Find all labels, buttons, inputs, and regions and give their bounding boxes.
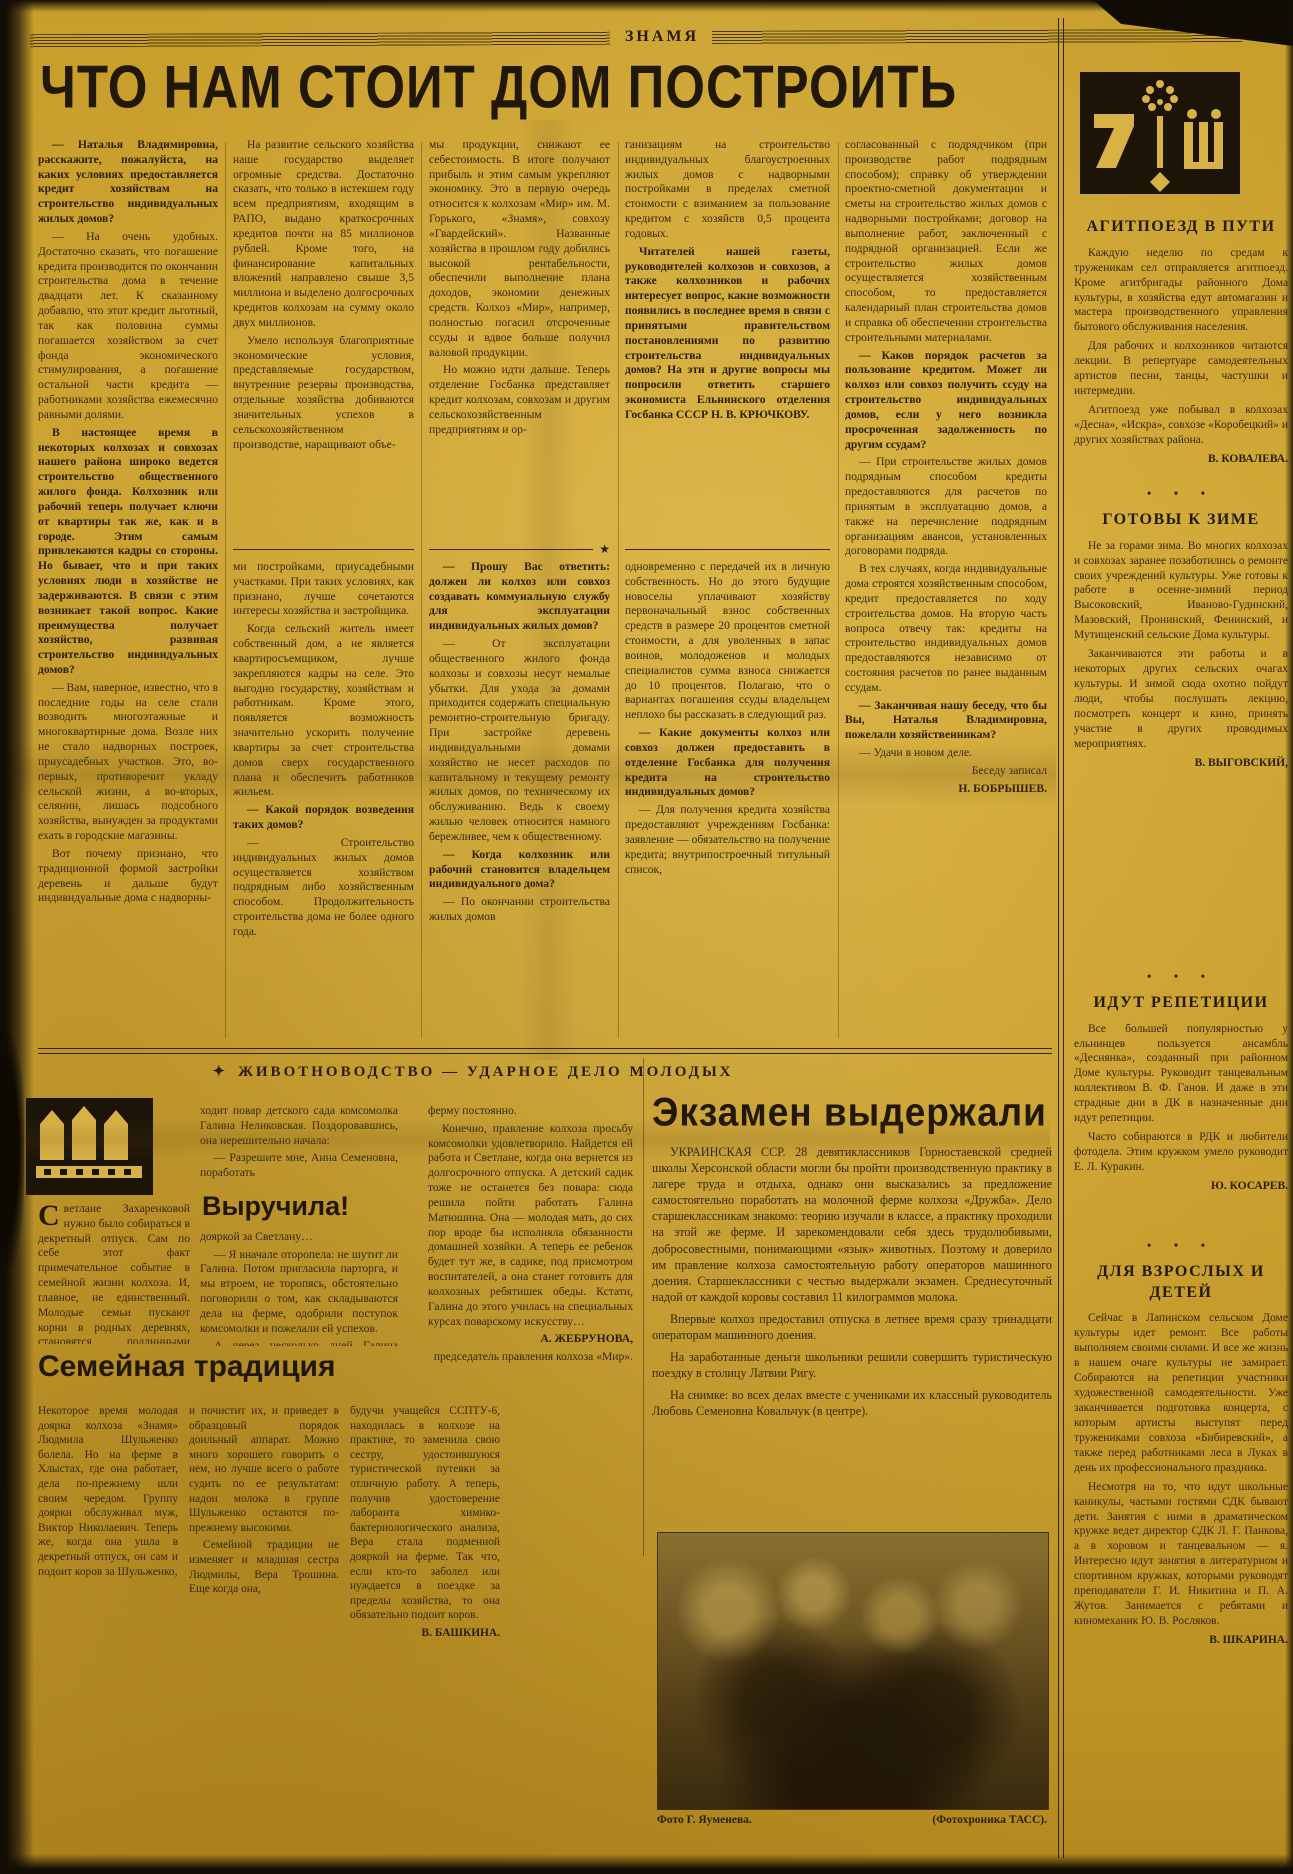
paragraph: — Когда колхозник или рабочий становится… bbox=[429, 848, 610, 892]
paragraph: мы продукции, снижают ее себестоимость. … bbox=[429, 138, 610, 360]
paragraph: — На очень удобных. Достаточно сказать, … bbox=[38, 230, 218, 423]
paragraph: Вот почему признано, что традиционной фо… bbox=[38, 847, 218, 906]
paragraph: согласованный с подрядчиком (при произво… bbox=[845, 138, 1047, 346]
paragraph: — Я вначале оторопела: не шутит ли Галин… bbox=[200, 1248, 398, 1337]
double-rule bbox=[38, 1048, 1052, 1054]
article-headline: Семейная традиция bbox=[38, 1350, 336, 1384]
article-column: и почистит их, и приведет в образцовый п… bbox=[189, 1404, 339, 1642]
article: Экзамен выдержали УКРАИНСКАЯ ССР. 28 дев… bbox=[652, 1090, 1052, 1522]
column-section: На развитие сельского хозяйства наше гос… bbox=[233, 138, 414, 538]
paper-edge bbox=[0, 1030, 24, 1270]
column-divider: ★ bbox=[429, 542, 610, 556]
farm-buildings-icon bbox=[26, 1098, 153, 1195]
paragraph: В тех случаях, когда индивидуальные дома… bbox=[845, 562, 1047, 695]
sidebar-headline: ГОТОВЫ К ЗИМЕ bbox=[1074, 510, 1288, 531]
header-rule-left bbox=[30, 32, 610, 48]
photo-caption: Фото Г. Яуменева. (Фотохроника ТАСС). bbox=[657, 1814, 1047, 1826]
column-section: ходит повар детского сада комсомолка Гал… bbox=[200, 1104, 398, 1181]
column-section: мы продукции, снижают ее себестоимость. … bbox=[429, 138, 610, 538]
column-section: — Прошу Вас ответить: должен ли колхоз и… bbox=[429, 560, 610, 1038]
paragraph: Конечно, правление колхоза просьбу комсо… bbox=[428, 1122, 633, 1330]
section-banner-label: ЖИВОТНОВОДСТВО — УДАРНОЕ ДЕЛО МОЛОДЫХ bbox=[238, 1064, 733, 1080]
paragraph: — От эксплуатации общественного жилого ф… bbox=[429, 637, 610, 845]
paragraph: одновременно с передачей их в личную соб… bbox=[625, 560, 830, 723]
article-column: — Наталья Владимировна, расскажите, пожа… bbox=[38, 138, 218, 1042]
photo-backdrop: ЗНАМЯ 3 ЧТО НАМ СТОИТ ДОМ ПОСТРОИТЬ — На… bbox=[0, 0, 1293, 1874]
dots-divider: • • • bbox=[1074, 970, 1288, 985]
sidebar-article: ДЛЯ ВЗРОСЛЫХ И ДЕТЕЙ Сейчас в Лапинском … bbox=[1074, 1262, 1288, 1648]
paragraph: На развитие сельского хозяйства наше гос… bbox=[233, 138, 414, 331]
paragraph: Когда сельский житель имеет собственный … bbox=[233, 622, 414, 800]
paragraph: — Вам, наверное, известно, что в последн… bbox=[38, 681, 218, 844]
paragraph: ганизациям на строительство индивидуальн… bbox=[625, 138, 830, 242]
column-section: ганизациям на строительство индивидуальн… bbox=[625, 138, 830, 538]
paragraph: председатель правления колхоза «Мир». bbox=[428, 1350, 633, 1365]
paragraph: В. ШКАРИНА. bbox=[1074, 1633, 1288, 1648]
vertical-rule bbox=[643, 1058, 644, 1556]
sidebar-article: АГИТПОЕЗД В ПУТИ Каждую неделю по средам… bbox=[1074, 217, 1288, 479]
article-column: Некоторое время молодая доярка колхоза «… bbox=[38, 1404, 178, 1642]
paragraph: будучи учащейся ССПТУ-6, находилась в ко… bbox=[350, 1404, 500, 1623]
main-article: — Наталья Владимировна, расскажите, пожа… bbox=[38, 138, 1052, 1042]
paragraph: — Для получения кредита хозяйства предос… bbox=[625, 803, 830, 877]
paragraph: А через несколько дней Галина снова приш… bbox=[200, 1339, 398, 1346]
paragraph: В. ВЫГОВСКИЙ, bbox=[1074, 756, 1288, 771]
article-column: будучи учащейся ССПТУ-6, находилась в ко… bbox=[350, 1404, 500, 1642]
sidebar-body: Не за горами зима. Во многих колхозах и … bbox=[1074, 539, 1288, 771]
paragraph: Впервые колхоз предоставил отпуска в лет… bbox=[652, 1311, 1052, 1343]
column-rule bbox=[618, 142, 619, 1038]
culture-emblem-icon bbox=[1080, 72, 1288, 199]
masthead: ЗНАМЯ bbox=[614, 28, 710, 46]
paper-edge bbox=[0, 1854, 1293, 1874]
header-rule-right bbox=[712, 29, 1242, 44]
paragraph: Агитпоезд уже побывал в колхозах «Десна»… bbox=[1074, 403, 1288, 448]
column-divider bbox=[233, 542, 414, 556]
paragraph: Заканчиваются эти работы и в некоторых д… bbox=[1074, 647, 1288, 752]
column-rule bbox=[838, 142, 839, 1038]
paper-edge bbox=[0, 0, 1293, 12]
paragraph: Н. БОБРЫШЕВ. bbox=[845, 782, 1047, 797]
sidebar-article: ИДУТ РЕПЕТИЦИИ Все большей популярностью… bbox=[1074, 993, 1288, 1231]
column-rule bbox=[421, 142, 422, 1038]
article-body: УКРАИНСКАЯ ССР. 28 девятиклассников Горн… bbox=[652, 1144, 1052, 1522]
paragraph: — При строительстве жилых домов подрядны… bbox=[845, 455, 1047, 559]
article-column: ходит повар детского сада комсомолка Гал… bbox=[200, 1104, 398, 1346]
sidebar: АГИТПОЕЗД В ПУТИ Каждую неделю по средам… bbox=[1074, 72, 1288, 1652]
paragraph: В настоящее время в некоторых колхозах и… bbox=[38, 426, 218, 678]
paragraph: Сейчас в Лапинском сельском Доме культур… bbox=[1074, 1311, 1288, 1475]
paragraph: На заработанные деньги школьники решили … bbox=[652, 1349, 1052, 1381]
main-headline: ЧТО НАМ СТОИТ ДОМ ПОСТРОИТЬ bbox=[40, 52, 900, 122]
sidebar-body: Все большей популярностью у ельнинцев по… bbox=[1074, 1022, 1288, 1194]
article-columns: Некоторое время молодая доярка колхоза «… bbox=[38, 1404, 500, 1642]
column-divider bbox=[625, 542, 830, 556]
article-headline: Выручила! bbox=[202, 1189, 398, 1224]
column-section: ми постройками, приусадебными участками.… bbox=[233, 560, 414, 1038]
paragraph: Ю. КОСАРЕВ. bbox=[1074, 1179, 1288, 1194]
sidebar-rule bbox=[1058, 18, 1064, 1858]
paragraph: — Разрешите мне, Анна Семеновна, поработ… bbox=[200, 1151, 398, 1181]
sidebar-article: ГОТОВЫ К ЗИМЕ Не за горами зима. Во мног… bbox=[1074, 510, 1288, 962]
paragraph: Читателей нашей газеты, руководителей ко… bbox=[625, 245, 830, 423]
paragraph: Светлане Захаренковой нужно было собират… bbox=[38, 1202, 190, 1344]
article-column: ганизациям на строительство индивидуальн… bbox=[625, 138, 830, 1042]
paragraph: — Прошу Вас ответить: должен ли колхоз и… bbox=[429, 560, 610, 634]
paragraph: — Наталья Владимировна, расскажите, пожа… bbox=[38, 138, 218, 227]
star-icon: ✦ bbox=[212, 1064, 228, 1080]
paragraph: — Какой порядок возведения таких домов? bbox=[233, 803, 414, 833]
star-icon: ★ bbox=[599, 543, 610, 555]
sidebar-body: Каждую неделю по средам к труженикам сел… bbox=[1074, 246, 1288, 467]
paragraph: и почистит их, и приведет в образцовый п… bbox=[189, 1404, 339, 1535]
paragraph: — Каков порядок расчетов за пользование … bbox=[845, 349, 1047, 453]
photo-credit: Фото Г. Яуменева. bbox=[657, 1814, 752, 1826]
sidebar-headline: ИДУТ РЕПЕТИЦИИ bbox=[1074, 993, 1288, 1014]
article-column: На развитие сельского хозяйства наше гос… bbox=[233, 138, 414, 1042]
sidebar-headline: ДЛЯ ВЗРОСЛЫХ И ДЕТЕЙ bbox=[1074, 1262, 1288, 1304]
paragraph: УКРАИНСКАЯ ССР. 28 девятиклассников Горн… bbox=[652, 1144, 1052, 1305]
paragraph: — По окончании строительства жилых домов bbox=[429, 895, 610, 925]
page-number: 3 bbox=[1240, 20, 1251, 45]
paragraph: Но можно идти дальше. Теперь отделение Г… bbox=[429, 363, 610, 437]
paragraph: ми постройками, приусадебными участками.… bbox=[233, 560, 414, 619]
paragraph: А. ЖЕБРУНОВА, bbox=[428, 1332, 633, 1347]
column-rule bbox=[225, 142, 226, 1038]
paragraph: дояркой за Светлану… bbox=[200, 1230, 398, 1245]
paragraph: — Какие документы колхоз или совхоз долж… bbox=[625, 726, 830, 800]
paragraph: Все большей популярностью у ельнинцев по… bbox=[1074, 1022, 1288, 1127]
section-banner: ✦ЖИВОТНОВОДСТВО — УДАРНОЕ ДЕЛО МОЛОДЫХ bbox=[212, 1062, 734, 1081]
newspaper-page: ЗНАМЯ 3 ЧТО НАМ СТОИТ ДОМ ПОСТРОИТЬ — На… bbox=[0, 0, 1293, 1874]
article-column: Светлане Захаренковой нужно было собират… bbox=[38, 1202, 190, 1344]
paragraph: Каждую неделю по средам к труженикам сел… bbox=[1074, 246, 1288, 336]
paragraph: Для рабочих и колхозников читаются лекци… bbox=[1074, 339, 1288, 399]
paragraph: Не за горами зима. Во многих колхозах и … bbox=[1074, 539, 1288, 644]
sidebar-headline: АГИТПОЕЗД В ПУТИ bbox=[1074, 217, 1288, 238]
sidebar-body: Сейчас в Лапинском сельском Доме культур… bbox=[1074, 1311, 1288, 1648]
news-photo bbox=[657, 1532, 1049, 1810]
paragraph: ферму постоянно. bbox=[428, 1104, 633, 1119]
paragraph: Семейной традиции не изменяет и младшая … bbox=[189, 1538, 339, 1596]
paragraph: Несмотря на то, что идут школьные канику… bbox=[1074, 1480, 1288, 1629]
paragraph: — Строительство индивидуальных жилых дом… bbox=[233, 836, 414, 940]
paragraph: Часто собираются в РДК и любители фотоде… bbox=[1074, 1130, 1288, 1175]
paragraph: — Заканчивая нашу беседу, что бы Вы, Нат… bbox=[845, 699, 1047, 743]
dots-divider: • • • bbox=[1074, 487, 1288, 502]
paragraph: В. БАШКИНА. bbox=[350, 1626, 500, 1641]
article-column: мы продукции, снижают ее себестоимость. … bbox=[429, 138, 610, 1042]
dots-divider: • • • bbox=[1074, 1239, 1288, 1254]
article-headline: Экзамен выдержали bbox=[652, 1090, 1052, 1135]
column-section: дояркой за Светлану…— Я вначале оторопел… bbox=[200, 1230, 398, 1346]
article-column: согласованный с подрядчиком (при произво… bbox=[845, 138, 1047, 1042]
paragraph: В. КОВАЛЕВА. bbox=[1074, 452, 1288, 467]
paragraph: ходит повар детского сада комсомолка Гал… bbox=[200, 1104, 398, 1148]
photo-agency: (Фотохроника ТАСС). bbox=[932, 1814, 1047, 1826]
paragraph: Некоторое время молодая доярка колхоза «… bbox=[38, 1404, 178, 1579]
paper-edge bbox=[0, 0, 34, 1874]
paragraph: Беседу записал bbox=[845, 764, 1047, 779]
paragraph: — Удачи в новом деле. bbox=[845, 746, 1047, 761]
paragraph: На снимке: во всех делах вместе с ученик… bbox=[652, 1387, 1052, 1419]
paragraph: Умело используя благоприятные экономичес… bbox=[233, 334, 414, 453]
column-section: одновременно с передачей их в личную соб… bbox=[625, 560, 830, 1038]
